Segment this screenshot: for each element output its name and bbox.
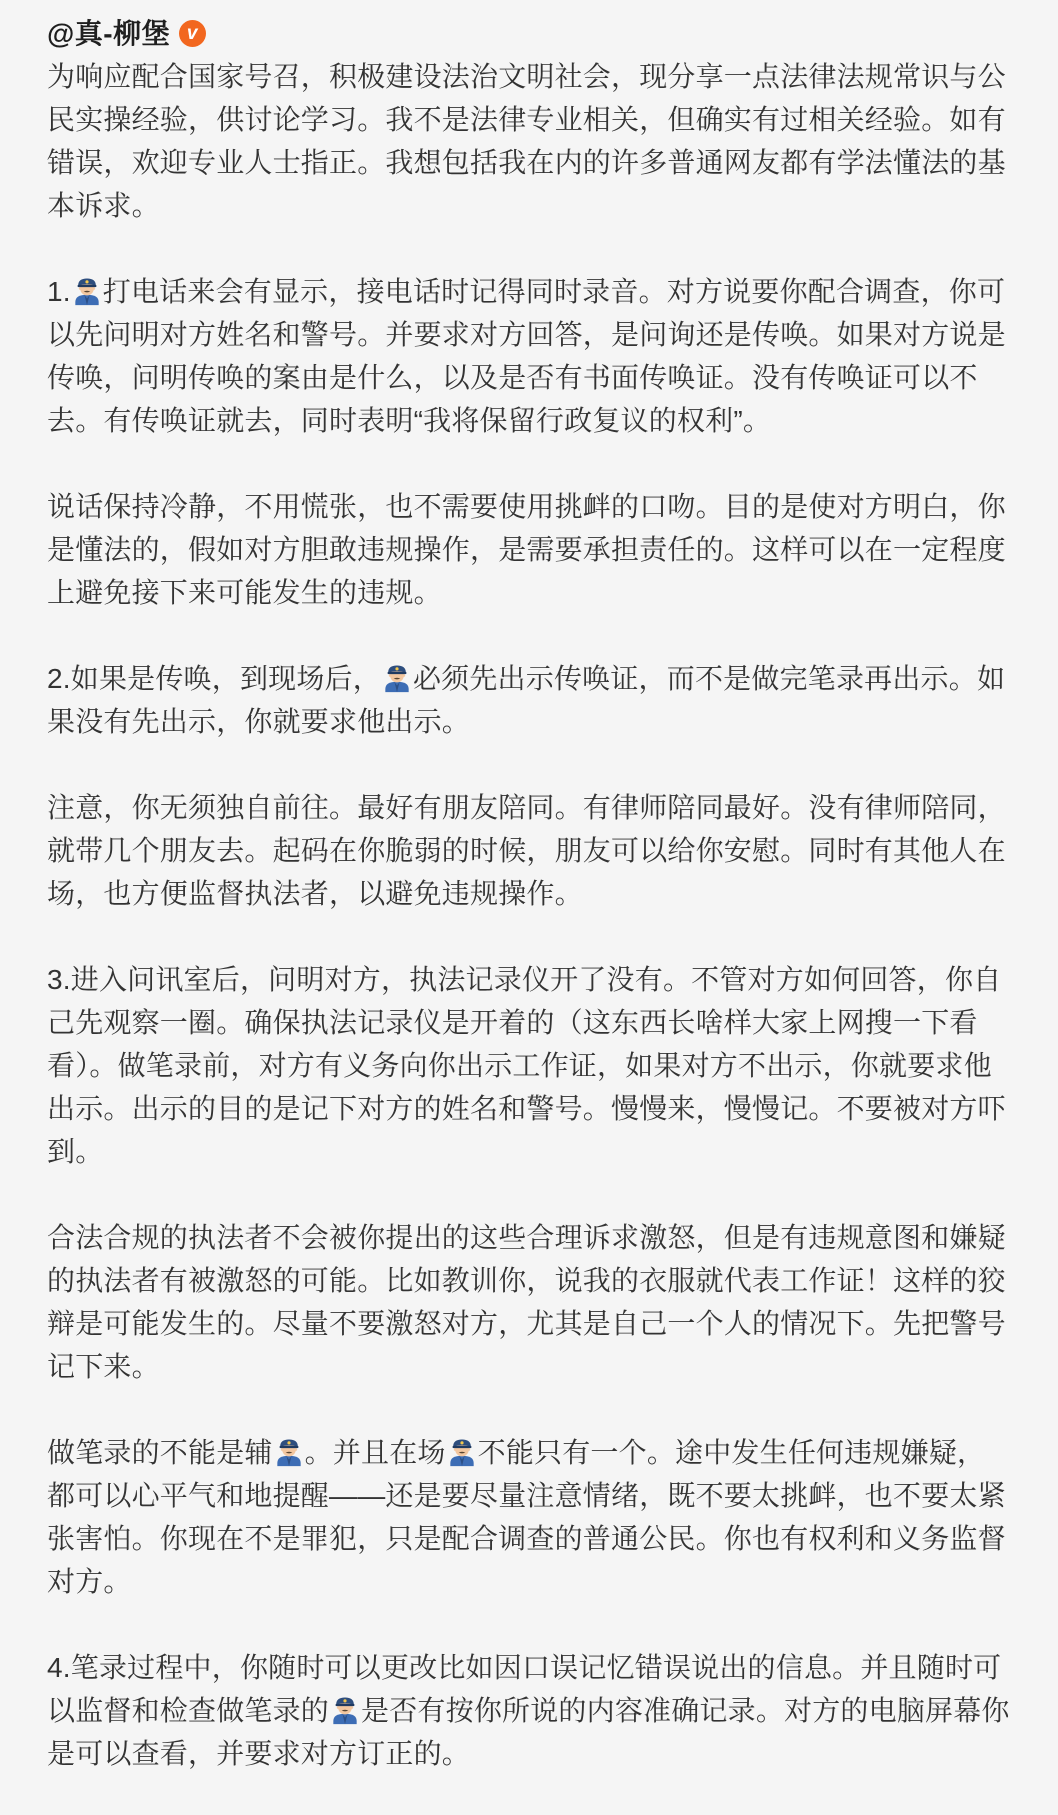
police-officer-emoji [382, 663, 412, 693]
post-body: 为响应配合国家号召，积极建设法治文明社会，现分享一点法律法规常识与公民实操经验，… [47, 55, 1010, 1775]
police-officer-emoji [72, 276, 102, 306]
police-officer-emoji [274, 1437, 304, 1467]
police-officer-emoji [447, 1437, 477, 1467]
post-paragraph: 为响应配合国家号召，积极建设法治文明社会，现分享一点法律法规常识与公民实操经验，… [47, 55, 1010, 227]
post-paragraph: 4.笔录过程中，你随时可以更改比如因口误记忆错误说出的信息。并且随时可以监督和检… [47, 1646, 1010, 1775]
post-paragraph: 合法合规的执法者不会被你提出的这些合理诉求激怒，但是有违规意图和嫌疑的执法者有被… [47, 1216, 1010, 1388]
user-line: @真-柳堡 v [47, 12, 1010, 55]
post-paragraph: 注意，你无须独自前往。最好有朋友陪同。有律师陪同最好。没有律师陪同，就带几个朋友… [47, 786, 1010, 915]
post-paragraph: 2.如果是传唤，到现场后， 必须先出示传唤证，而不是做完笔录再出示。如果没有先出… [47, 657, 1010, 743]
verified-badge-icon: v [179, 20, 206, 47]
post-paragraph: 1. 打电话来会有显示，接电话时记得同时录音。对方说要你配合调查，你可以先问明对… [47, 270, 1010, 442]
post-paragraph: 做笔录的不能是辅 。并且在场 [47, 1431, 1010, 1603]
username[interactable]: @真-柳堡 [47, 12, 170, 55]
post-paragraph: 说话保持冷静，不用慌张，也不需要使用挑衅的口吻。目的是使对方明白，你是懂法的，假… [47, 485, 1010, 614]
police-officer-emoji [330, 1695, 360, 1725]
post-paragraph: 3.进入问讯室后，问明对方，执法记录仪开了没有。不管对方如何回答，你自己先观察一… [47, 958, 1010, 1173]
post-container: @真-柳堡 v 为响应配合国家号召，积极建设法治文明社会，现分享一点法律法规常识… [0, 0, 1058, 1815]
